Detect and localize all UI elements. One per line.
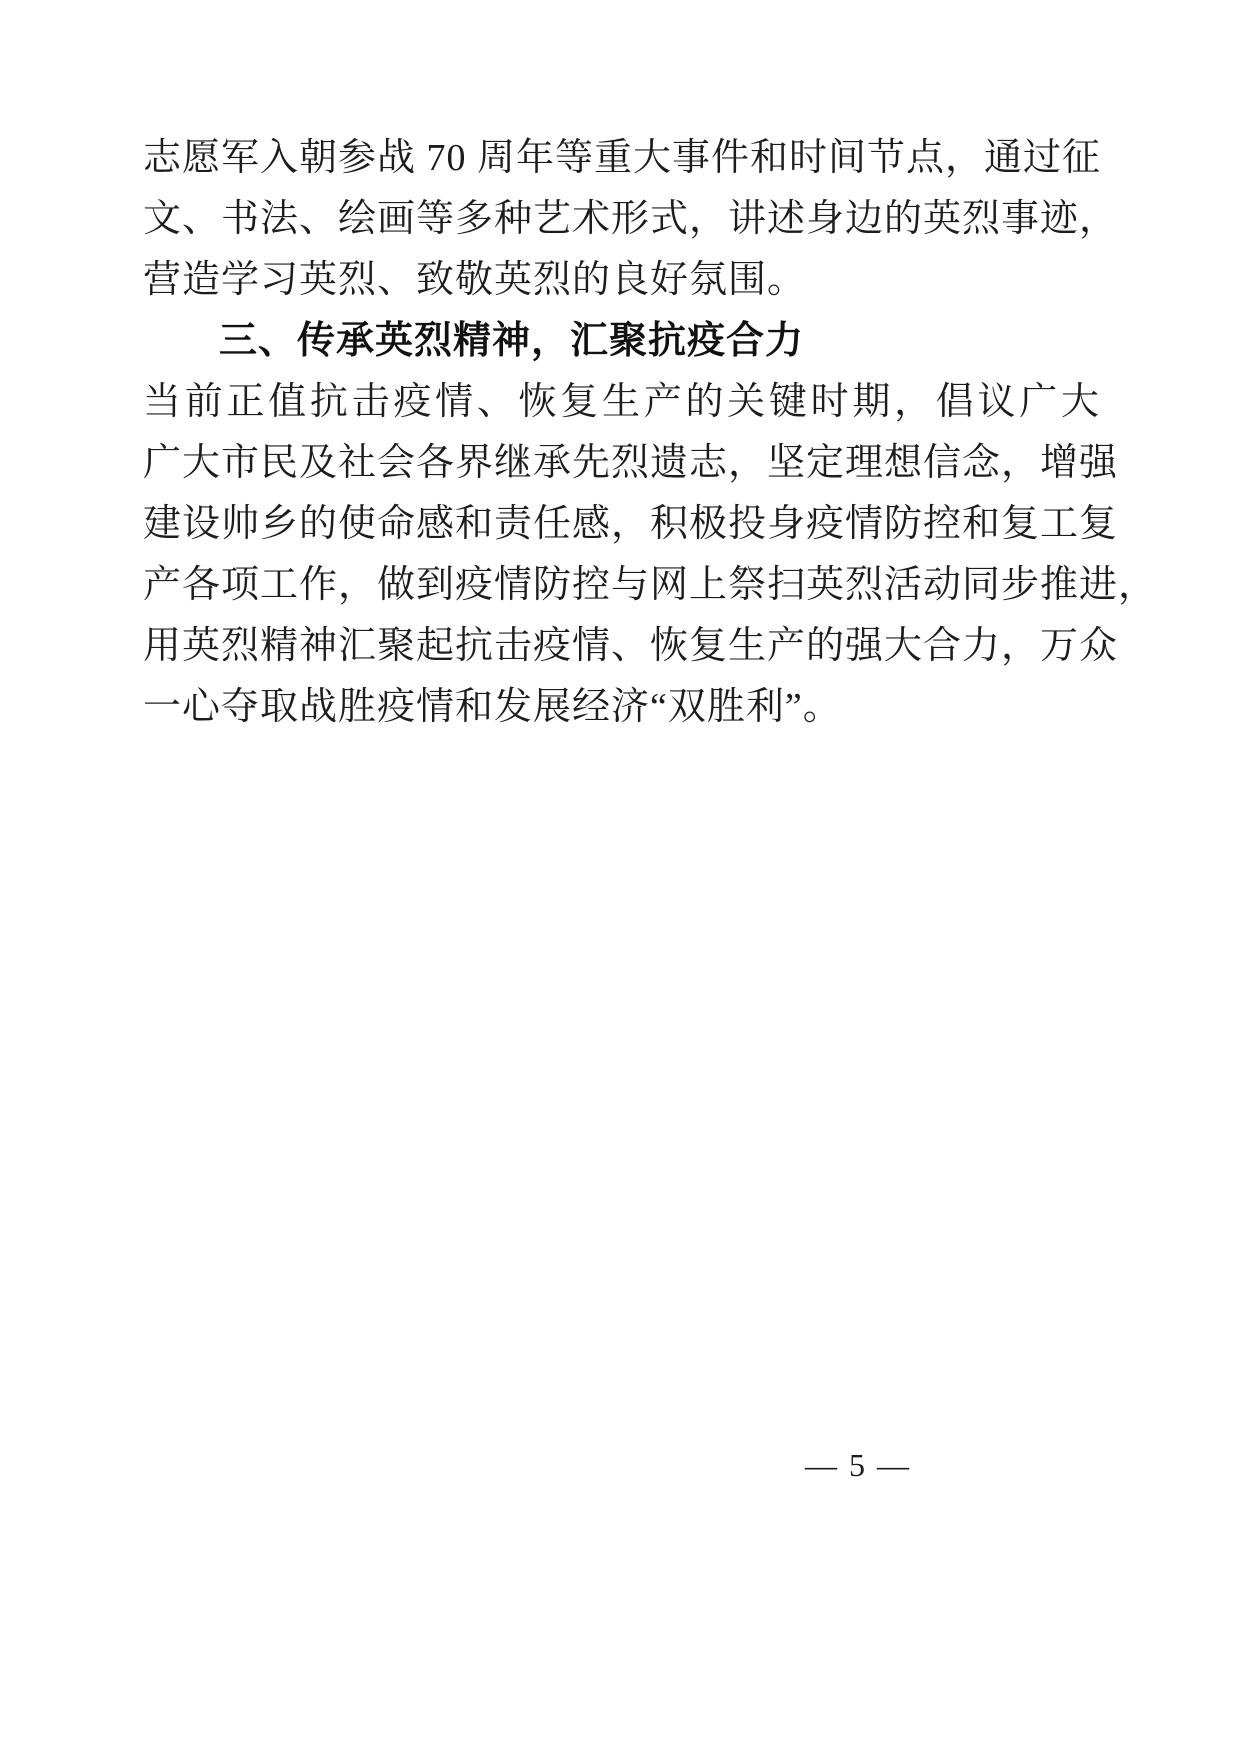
body-line: 营造学习英烈、致敬英烈的良好氛围。: [143, 250, 1100, 311]
body-line: 当前正值抗击疫情、恢复生产的关键时期，倡议广大: [143, 372, 1100, 433]
body-line: 建设帅乡的使命感和责任感，积极投身疫情防控和复工复: [143, 494, 1100, 555]
body-line: 志愿军入朝参战 70 周年等重大事件和时间节点，通过征: [143, 128, 1100, 189]
body-line: 产各项工作，做到疫情防控与网上祭扫英烈活动同步推进，: [143, 555, 1100, 616]
body-line: 文、书法、绘画等多种艺术形式，讲述身边的英烈事迹，: [143, 189, 1100, 250]
body-line: 广大市民及社会各界继承先烈遗志，坚定理想信念，增强: [143, 433, 1100, 494]
document-body: 志愿军入朝参战 70 周年等重大事件和时间节点，通过征文、书法、绘画等多种艺术形…: [143, 128, 1100, 738]
document-page: 志愿军入朝参战 70 周年等重大事件和时间节点，通过征文、书法、绘画等多种艺术形…: [0, 0, 1241, 1754]
page-number: — 5 —: [805, 1447, 911, 1484]
body-line: 一心夺取战胜疫情和发展经济“双胜利”。: [143, 677, 1100, 738]
paragraph-body: 当前正值抗击疫情、恢复生产的关键时期，倡议广大广大市民及社会各界继承先烈遗志，坚…: [143, 372, 1100, 738]
paragraph-continuation: 志愿军入朝参战 70 周年等重大事件和时间节点，通过征文、书法、绘画等多种艺术形…: [143, 128, 1100, 311]
body-line: 用英烈精神汇聚起抗击疫情、恢复生产的强大合力，万众: [143, 616, 1100, 677]
section-heading: 三、传承英烈精神，汇聚抗疫合力: [143, 311, 1100, 372]
